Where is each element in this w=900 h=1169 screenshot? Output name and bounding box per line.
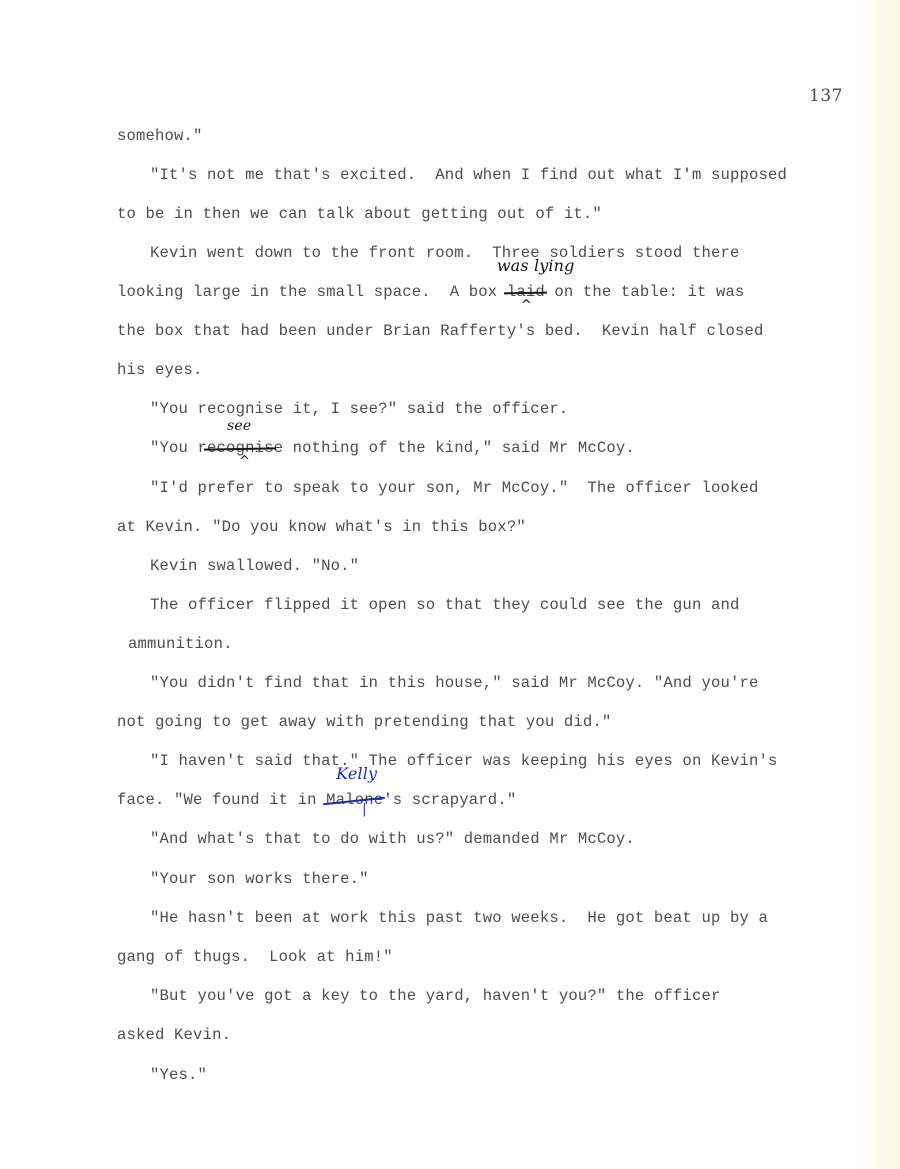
text-line-edited: "You recognissee^e nothing of the kind,"…: [150, 438, 635, 458]
handwritten-insert: was lying: [497, 256, 575, 276]
text-line: asked Kevin.: [117, 1025, 231, 1045]
text-line: Kevin swallowed. "No.": [150, 556, 359, 576]
text-segment: face. "We found it in: [117, 791, 326, 809]
text-line: "But you've got a key to the yard, haven…: [150, 986, 720, 1006]
page-number: 137: [809, 86, 843, 106]
caret-mark-icon: ^: [521, 296, 532, 316]
text-line: "I haven't said that." The officer was k…: [150, 751, 778, 771]
text-line: "You recognise it, I see?" said the offi…: [150, 399, 568, 419]
handwritten-insert: Kelly: [336, 764, 377, 784]
text-segment: on the table: it was: [545, 283, 745, 301]
text-line: ammunition.: [128, 634, 233, 654]
text-line: "And what's that to do with us?" demande…: [150, 829, 635, 849]
text-line: at Kevin. "Do you know what's in this bo…: [117, 517, 526, 537]
text-line: "Your son works there.": [150, 869, 369, 889]
text-segment: 's scrapyard.": [383, 791, 516, 809]
text-line: not going to get away with pretending th…: [117, 712, 611, 732]
struck-word: Malone: [326, 790, 383, 810]
handwritten-edit: laidwas lying^: [507, 282, 545, 302]
text-line-edited: face. "We found it in MaloneKelly|'s scr…: [117, 790, 516, 810]
text-segment: e nothing of the kind," said Mr McCoy.: [274, 439, 635, 457]
text-line: "He hasn't been at work this past two we…: [150, 908, 768, 928]
handwritten-insert: see: [227, 416, 251, 436]
text-line: "It's not me that's excited. And when I …: [150, 165, 787, 185]
handwritten-edit: ecognissee^: [207, 438, 274, 458]
text-line: Kevin went down to the front room. Three…: [150, 243, 739, 263]
handwritten-edit: MaloneKelly|: [326, 790, 383, 810]
text-line: his eyes.: [117, 360, 203, 380]
text-line: somehow.": [117, 126, 203, 146]
text-line: "Yes.": [150, 1065, 207, 1085]
caret-mark-icon: |: [362, 800, 367, 820]
text-line: "You didn't find that in this house," sa…: [150, 673, 759, 693]
manuscript-page: 137 somehow." "It's not me that's excite…: [0, 0, 900, 1169]
text-line-edited: looking large in the small space. A box …: [117, 282, 745, 302]
caret-mark-icon: ^: [239, 452, 250, 472]
text-line: the box that had been under Brian Raffer…: [117, 321, 764, 341]
text-line: "I'd prefer to speak to your son, Mr McC…: [150, 478, 759, 498]
text-segment: "You r: [150, 439, 207, 457]
text-line: gang of thugs. Look at him!": [117, 947, 393, 967]
text-segment: looking large in the small space. A box: [117, 283, 507, 301]
text-line: to be in then we can talk about getting …: [117, 204, 602, 224]
text-line: The officer flipped it open so that they…: [150, 595, 739, 615]
